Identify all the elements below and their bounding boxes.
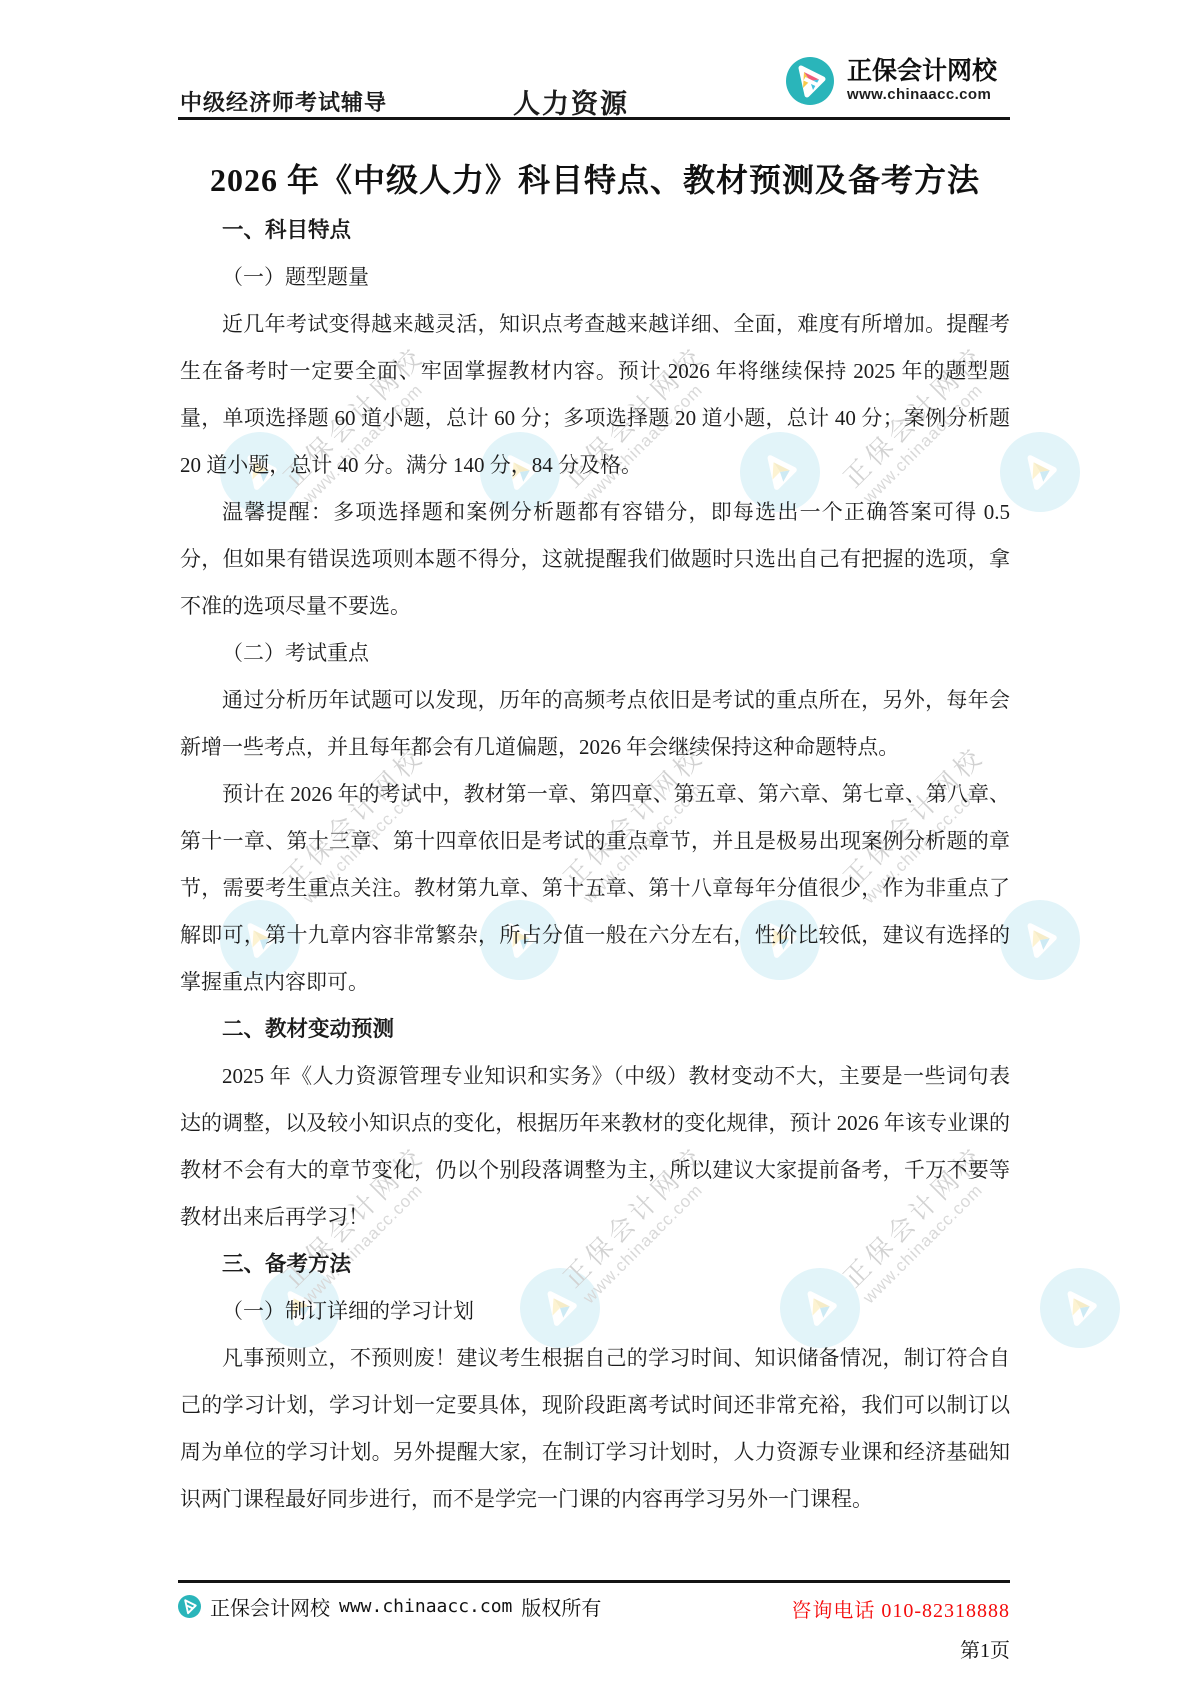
document-page: 正保会计网校 www.chinaacc.com 正保会计网校 www.china…	[0, 0, 1190, 1683]
brand-site: www.chinaacc.com	[847, 85, 997, 104]
watermark-logo-circle	[1000, 432, 1080, 512]
header-rule	[178, 117, 1010, 120]
section-heading-3: 三、备考方法	[180, 1241, 1010, 1288]
paragraph: 近几年考试变得越来越灵活，知识点考查越来越详细、全面，难度有所增加。提醒考生在备…	[180, 301, 1010, 489]
paragraph: 2025 年《人力资源管理专业知识和实务》（中级）教材变动不大，主要是一些词句表…	[180, 1053, 1010, 1241]
paragraph: 预计在 2026 年的考试中，教材第一章、第四章、第五章、第六章、第七章、第八章…	[180, 771, 1010, 1006]
footer-phone: 咨询电话 010-82318888	[791, 1594, 1010, 1623]
watermark-logo-circle	[1000, 900, 1080, 980]
header-course-label: 中级经济师考试辅导	[180, 86, 387, 117]
footer-page-number: 第1页	[960, 1634, 1010, 1663]
watermark-logo-circle	[1040, 1268, 1120, 1348]
paragraph: 凡事预则立，不预则废！建议考生根据自己的学习时间、知识储备情况，制订符合自己的学…	[180, 1335, 1010, 1523]
subsection-heading-3-1: （一）制订详细的学习计划	[180, 1288, 1010, 1335]
section-heading-1: 一、科目特点	[180, 207, 1010, 254]
footer-rule	[178, 1580, 1010, 1583]
brand-logo-icon	[786, 57, 834, 105]
header-brand: 正保会计网校 www.chinaacc.com	[786, 57, 997, 105]
footer-logo-icon	[178, 1595, 201, 1618]
paragraph: 通过分析历年试题可以发现，历年的高频考点依旧是考试的重点所在，另外，每年会新增一…	[180, 677, 1010, 771]
footer-copyright: 正保会计网校 www.chinaacc.com 版权所有	[178, 1592, 601, 1621]
header-subject-label: 人力资源	[513, 82, 629, 121]
footer-brand: 正保会计网校	[210, 1592, 330, 1621]
subsection-heading-1-2: （二）考试重点	[180, 630, 1010, 677]
brand-text: 正保会计网校 www.chinaacc.com	[847, 58, 997, 104]
subsection-heading-1-1: （一）题型题量	[180, 254, 1010, 301]
page-title: 2026 年《中级人力》科目特点、教材预测及备考方法	[0, 155, 1190, 201]
brand-name: 正保会计网校	[847, 58, 997, 85]
footer-site: www.chinaacc.com	[339, 1596, 512, 1617]
section-heading-2: 二、教材变动预测	[180, 1006, 1010, 1053]
paragraph: 温馨提醒：多项选择题和案例分析题都有容错分，即每选出一个正确答案可得 0.5 分…	[180, 489, 1010, 630]
footer-rights: 版权所有	[521, 1592, 601, 1621]
document-body: 一、科目特点 （一）题型题量 近几年考试变得越来越灵活，知识点考查越来越详细、全…	[180, 207, 1010, 1523]
